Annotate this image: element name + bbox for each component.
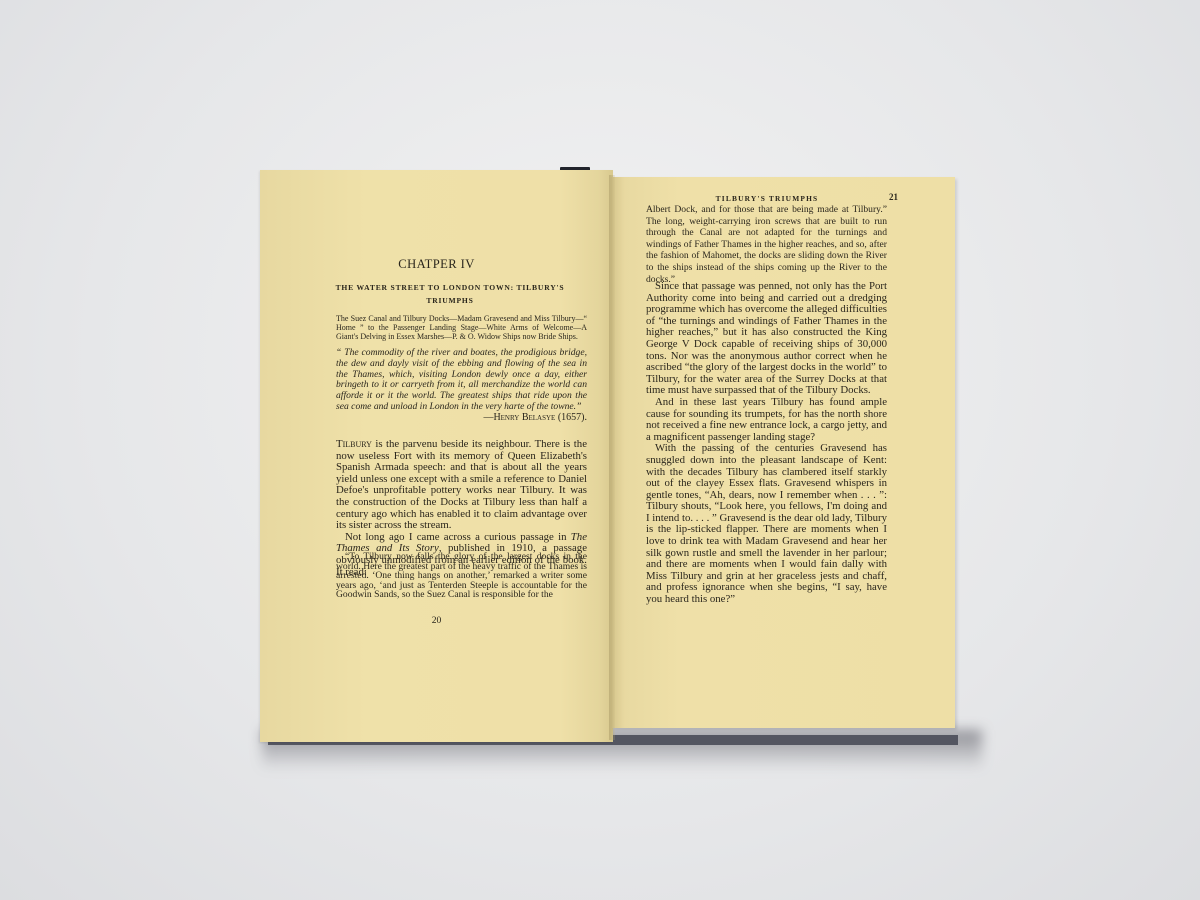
epigraph: “ The commodity of the river and boates,…	[336, 348, 587, 413]
block-quote-continuation: Albert Dock, and for those that are bein…	[646, 204, 887, 285]
paragraph: Tilbury is the parvenu beside its neighb…	[336, 439, 587, 532]
right-page: TILBURY'S TRIUMPHS 21 Albert Dock, and f…	[611, 177, 955, 728]
drop-lead: Tilbury	[336, 438, 372, 450]
book-gutter	[609, 175, 615, 740]
page-number: 20	[260, 615, 613, 626]
right-body-text: Since that passage was penned, not only …	[646, 275, 887, 606]
page-number: 21	[889, 192, 898, 202]
epigraph-attribution: —Henry Belasye (1657).	[483, 412, 587, 423]
paragraph: And in these last years Tilbury has foun…	[646, 397, 887, 443]
block-quote: “To Tilbury now falls the glory of the l…	[336, 552, 587, 600]
paragraph: Since that passage was penned, not only …	[646, 281, 887, 397]
chapter-synopsis: The Suez Canal and Tilbury Docks—Madam G…	[336, 315, 587, 341]
running-head: TILBURY'S TRIUMPHS	[647, 194, 887, 203]
chapter-subtitle: THE WATER STREET TO LONDON TOWN: TILBURY…	[330, 281, 570, 307]
paragraph: With the passing of the centuries Graves…	[646, 443, 887, 605]
chapter-title: CHATPER IV	[260, 257, 613, 272]
left-page: CHATPER IV THE WATER STREET TO LONDON TO…	[260, 170, 613, 742]
